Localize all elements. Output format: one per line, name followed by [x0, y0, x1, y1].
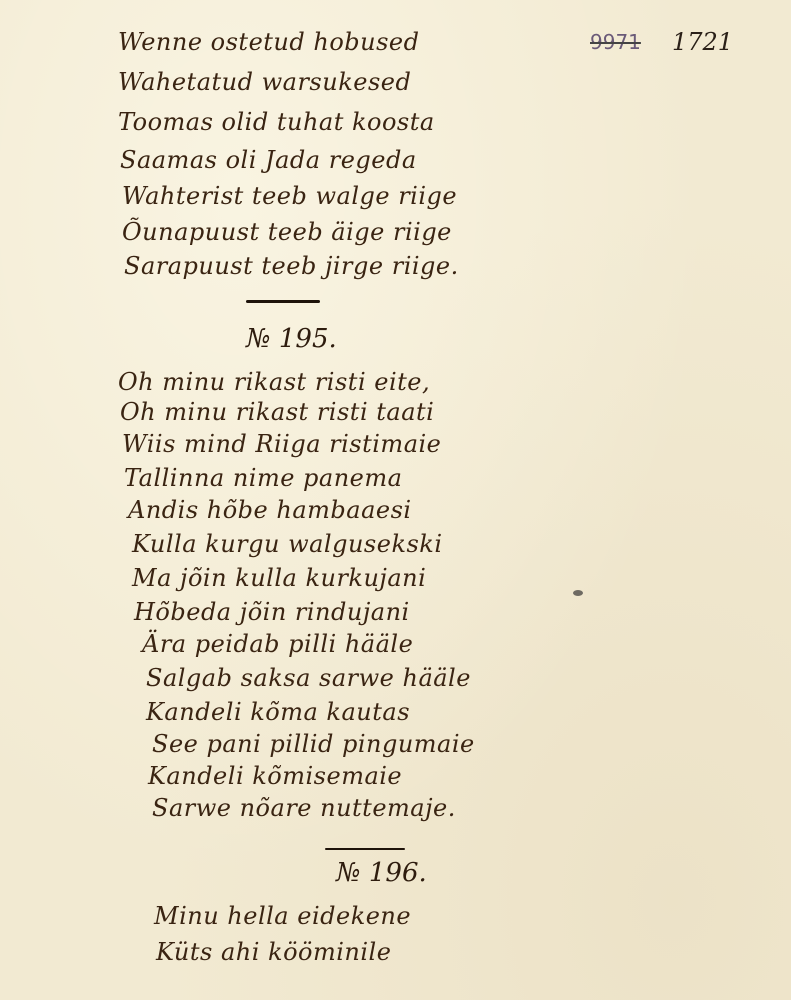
- poem-line: Saamas oli Jada regeda: [120, 146, 417, 174]
- ink-spot: [573, 590, 583, 596]
- poem-line: Ma jõin kulla kurkujani: [132, 564, 426, 592]
- poem-line: Oh minu rikast risti eite,: [118, 368, 430, 396]
- poem-line: Wenne ostetud hobused: [118, 28, 419, 56]
- section-divider: [246, 300, 320, 303]
- poem-line: Salgab saksa sarwe häälе: [146, 664, 471, 692]
- archive-number: 1721: [672, 28, 733, 56]
- manuscript-page: 9971 1721 Wenne ostetud hobused Wahetatu…: [0, 0, 791, 1000]
- poem-line: Kandeli kõma kautas: [146, 698, 410, 726]
- poem-line: Hõbeda jõin rindujani: [134, 598, 410, 626]
- poem-heading: № 196.: [336, 858, 427, 888]
- poem-line: Wiis mind Riiga ristimaie: [122, 430, 441, 458]
- poem-line: Andis hõbe hambaaesi: [128, 496, 412, 524]
- poem-line: Sarapuust teeb jirge riige.: [124, 252, 459, 280]
- section-divider: [325, 848, 405, 850]
- poem-line: Ära peidab pilli hääle: [142, 630, 413, 658]
- poem-line: Tallinna nime panema: [124, 464, 402, 492]
- poem-heading: № 195.: [246, 324, 337, 354]
- poem-line: See pani pillid pingumaie: [152, 730, 475, 758]
- poem-line: Minu hella eidekene: [154, 902, 411, 930]
- poem-line: Küts ahi kööminile: [156, 938, 391, 966]
- poem-line: Oh minu rikast risti taati: [120, 398, 434, 426]
- poem-line: Wahetatud warsukesed: [118, 68, 411, 96]
- poem-line: Sarwe nõare nuttemaje.: [152, 794, 456, 822]
- poem-line: Wahterist teeb walge riige: [122, 182, 457, 210]
- poem-line: Kandeli kõmisemaie: [148, 762, 402, 790]
- poem-line: Toomas olid tuhat koosta: [118, 108, 435, 136]
- poem-line: Kulla kurgu walgusekski: [132, 530, 443, 558]
- archive-number-struck: 9971: [590, 30, 641, 54]
- poem-line: Õunapuust teeb äige riige: [122, 218, 452, 246]
